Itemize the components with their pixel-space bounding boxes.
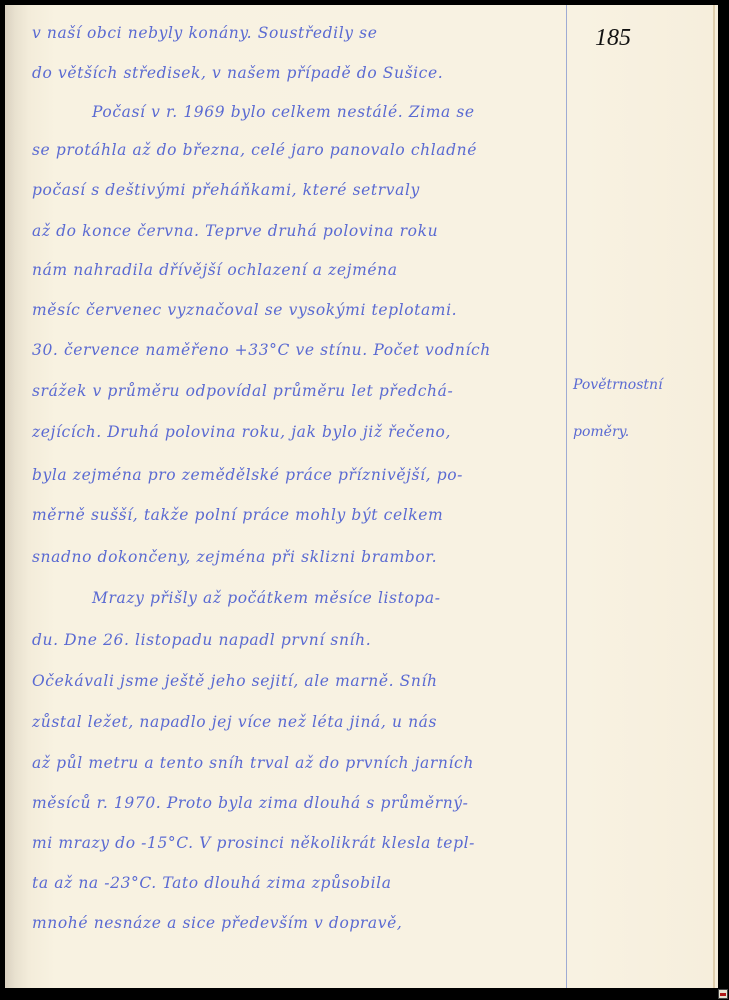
text-line: mi mrazy do -15°C. V prosinci několikrát… [32, 834, 475, 852]
text-line: v naší obci nebyly konány. Soustředily s… [32, 24, 377, 42]
margin-rule [566, 5, 567, 988]
minimize-icon[interactable] [718, 989, 728, 999]
text-line: Mrazy přišly až počátkem měsíce listopa- [92, 589, 441, 607]
text-line: do větších středisek, v našem případě do… [32, 64, 443, 82]
text-line: ta až na -23°C. Tato dlouhá zima způsobi… [32, 874, 392, 892]
text-line: srážek v průměru odpovídal průměru let p… [32, 382, 453, 400]
text-line: zejících. Druhá polovina roku, jak bylo … [32, 423, 451, 441]
text-line: měrně sušší, takže polní práce mohly být… [32, 506, 443, 524]
text-line: až půl metru a tento sníh trval až do pr… [32, 754, 474, 772]
text-line: Počasí v r. 1969 bylo celkem nestálé. Zi… [92, 103, 475, 121]
text-line: du. Dne 26. listopadu napadl první sníh. [32, 631, 371, 649]
notebook-page: 185 v naší obci nebyly konány. Soustředi… [5, 5, 718, 988]
text-line: měsíců r. 1970. Proto byla zima dlouhá s… [32, 794, 468, 812]
margin-note-line: poměry. [573, 424, 629, 440]
text-line: nám nahradila dřívější ochlazení a zejmé… [32, 261, 398, 279]
page-edge [713, 5, 715, 988]
text-line: mnohé nesnáze a sice především v dopravě… [32, 914, 402, 932]
text-line: až do konce června. Teprve druhá polovin… [32, 222, 438, 240]
text-line: byla zejména pro zemědělské práce přízni… [32, 466, 463, 484]
margin-note-line: Povětrnostní [573, 377, 663, 393]
text-line: snadno dokončeny, zejména při sklizni br… [32, 548, 437, 566]
page-number: 185 [595, 25, 631, 52]
text-line: zůstal ležet, napadlo jej více než léta … [32, 713, 437, 731]
text-line: 30. července naměřeno +33°C ve stínu. Po… [32, 341, 491, 359]
text-line: Očekávali jsme ještě jeho sejití, ale ma… [32, 672, 438, 690]
text-line: měsíc červenec vyznačoval se vysokými te… [32, 301, 457, 319]
text-line: se protáhla až do března, celé jaro pano… [32, 141, 477, 159]
text-line: počasí s deštivými přeháňkami, které set… [32, 181, 420, 199]
